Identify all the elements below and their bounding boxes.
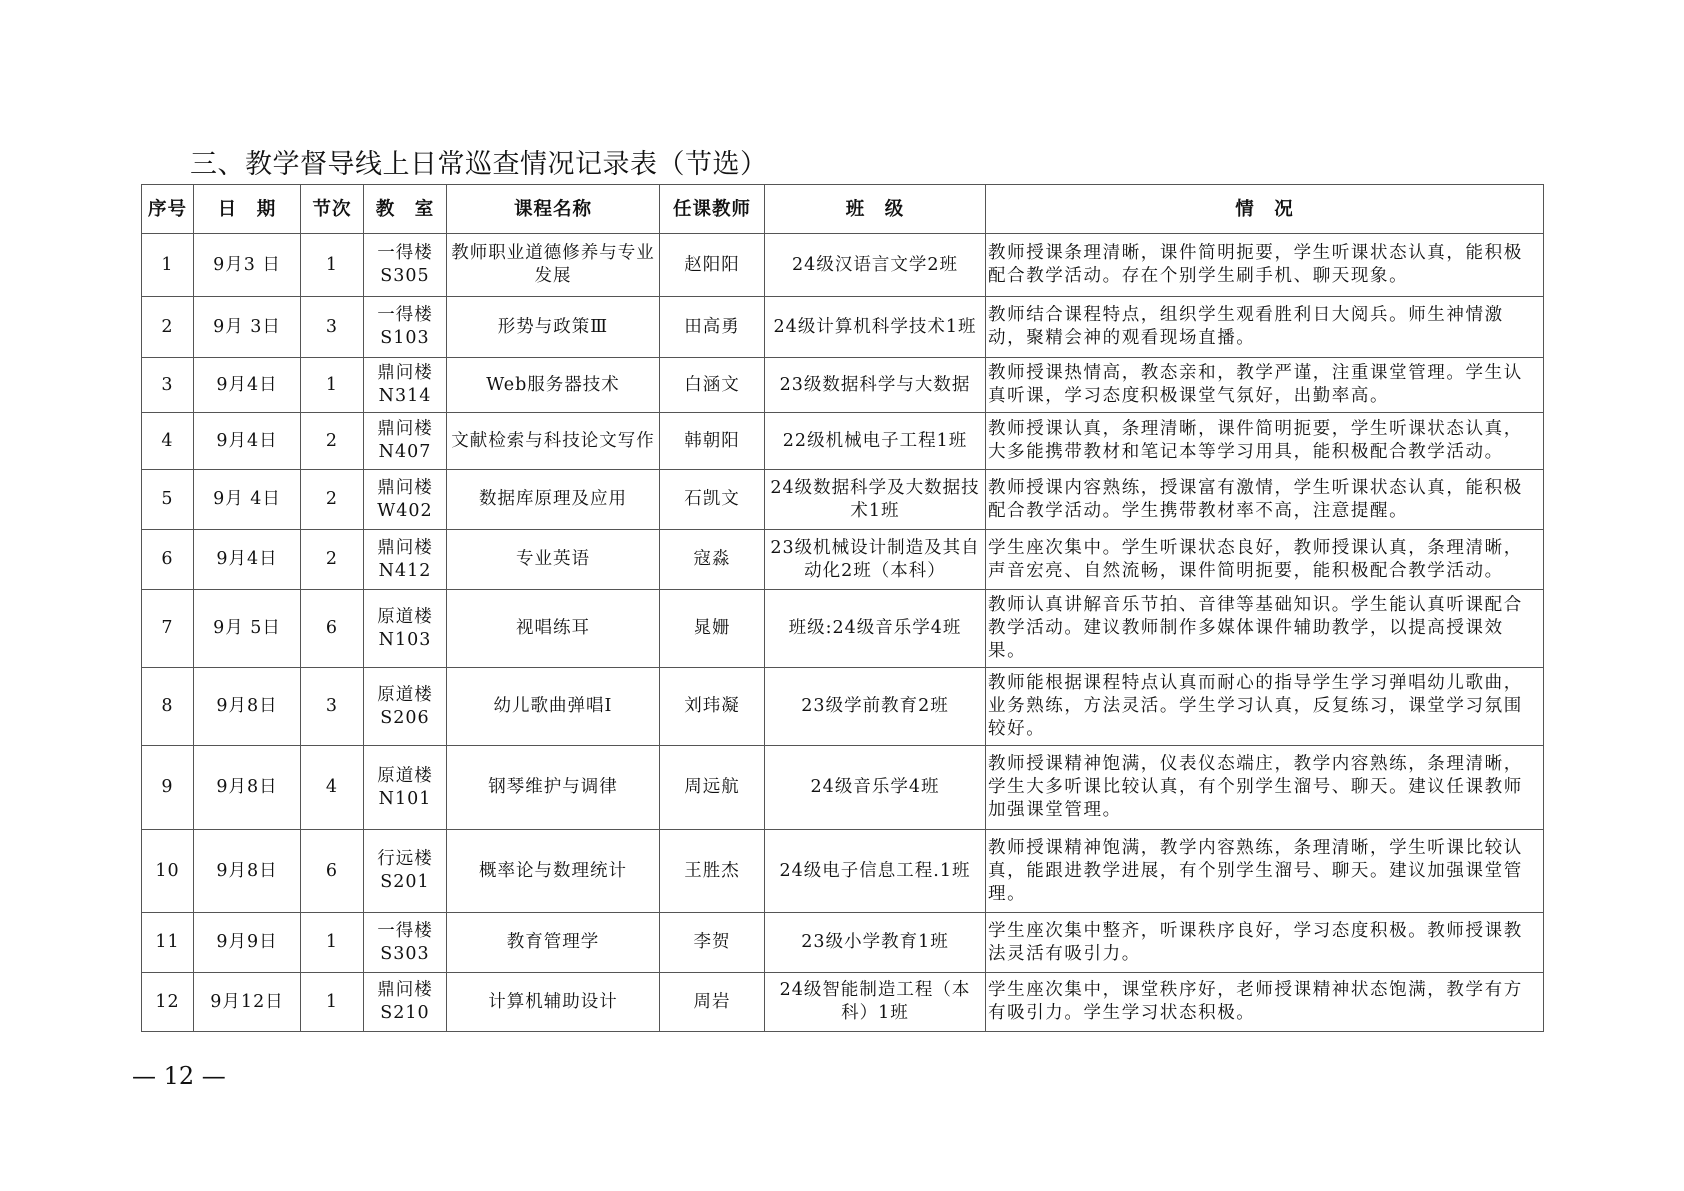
table-row: 49月4日2鼎问楼 N407文献检索与科技论文写作韩朝阳22级机械电子工程1班教… <box>142 413 1544 470</box>
room-cell: 鼎问楼 N314 <box>364 358 447 413</box>
table-row: 69月4日2鼎问楼 N412专业英语寇淼23级机械设计制造及其自动化2班（本科）… <box>142 530 1544 590</box>
row-number: 5 <box>142 470 194 530</box>
room-cell: 一得楼 S303 <box>364 913 447 973</box>
date-cell: 9月 4日 <box>194 470 301 530</box>
page-number: — 12 — <box>132 1062 226 1090</box>
teacher-cell: 王胜杰 <box>660 830 765 913</box>
date-cell: 9月8日 <box>194 830 301 913</box>
teacher-cell: 田高勇 <box>660 297 765 358</box>
course-cell: 概率论与数理统计 <box>447 830 660 913</box>
row-number: 1 <box>142 234 194 297</box>
period-cell: 3 <box>301 668 364 746</box>
description-cell: 学生座次集中。学生听课状态良好，教师授课认真，条理清晰，声音宏亮、自然流畅，课件… <box>986 530 1544 590</box>
description-cell: 教师授课内容熟练，授课富有激情，学生听课状态认真，能积极配合教学活动。学生携带教… <box>986 470 1544 530</box>
period-cell: 3 <box>301 297 364 358</box>
teacher-cell: 周岩 <box>660 973 765 1032</box>
table-row: 129月12日1鼎问楼 S210计算机辅助设计周岩24级智能制造工程（本科）1班… <box>142 973 1544 1032</box>
date-cell: 9月 5日 <box>194 590 301 668</box>
period-cell: 1 <box>301 973 364 1032</box>
table-row: 39月4日1鼎问楼 N314Web服务器技术白涵文23级数据科学与大数据教师授课… <box>142 358 1544 413</box>
date-cell: 9月9日 <box>194 913 301 973</box>
description-cell: 学生座次集中，课堂秩序好，老师授课精神状态饱满，教学有方有吸引力。学生学习状态积… <box>986 973 1544 1032</box>
period-cell: 2 <box>301 470 364 530</box>
room-cell: 原道楼 N101 <box>364 746 447 830</box>
course-cell: 教育管理学 <box>447 913 660 973</box>
period-cell: 4 <box>301 746 364 830</box>
class-cell: 24级汉语言文学2班 <box>765 234 986 297</box>
teacher-cell: 刘玮凝 <box>660 668 765 746</box>
course-cell: 教师职业道德修养与专业发展 <box>447 234 660 297</box>
table-row: 89月8日3原道楼 S206幼儿歌曲弹唱Ⅰ刘玮凝23级学前教育2班教师能根据课程… <box>142 668 1544 746</box>
room-cell: 鼎问楼 N407 <box>364 413 447 470</box>
header-course: 课程名称 <box>447 185 660 234</box>
document-title: 三、教学督导线上日常巡查情况记录表（节选） <box>190 142 768 181</box>
room-cell: 鼎问楼 N412 <box>364 530 447 590</box>
room-cell: 一得楼 S305 <box>364 234 447 297</box>
date-cell: 9月4日 <box>194 530 301 590</box>
teacher-cell: 韩朝阳 <box>660 413 765 470</box>
description-cell: 教师能根据课程特点认真而耐心的指导学生学习弹唱幼儿歌曲，业务熟练，方法灵活。学生… <box>986 668 1544 746</box>
header-room: 教 室 <box>364 185 447 234</box>
date-cell: 9月3 日 <box>194 234 301 297</box>
description-cell: 教师授课热情高，教态亲和，教学严谨，注重课堂管理。学生认真听课，学习态度积极课堂… <box>986 358 1544 413</box>
date-cell: 9月4日 <box>194 358 301 413</box>
row-number: 10 <box>142 830 194 913</box>
description-cell: 学生座次集中整齐，听课秩序良好，学习态度积极。教师授课教法灵活有吸引力。 <box>986 913 1544 973</box>
header-date: 日 期 <box>194 185 301 234</box>
period-cell: 1 <box>301 913 364 973</box>
class-cell: 24级智能制造工程（本科）1班 <box>765 973 986 1032</box>
course-cell: 视唱练耳 <box>447 590 660 668</box>
header-no: 序号 <box>142 185 194 234</box>
course-cell: 计算机辅助设计 <box>447 973 660 1032</box>
table-row: 119月9日1一得楼 S303教育管理学李贺23级小学教育1班学生座次集中整齐，… <box>142 913 1544 973</box>
room-cell: 原道楼 S206 <box>364 668 447 746</box>
class-cell: 24级电子信息工程.1班 <box>765 830 986 913</box>
class-cell: 22级机械电子工程1班 <box>765 413 986 470</box>
date-cell: 9月12日 <box>194 973 301 1032</box>
course-cell: 文献检索与科技论文写作 <box>447 413 660 470</box>
class-cell: 24级数据科学及大数据技术1班 <box>765 470 986 530</box>
header-period: 节次 <box>301 185 364 234</box>
class-cell: 24级计算机科学技术1班 <box>765 297 986 358</box>
date-cell: 9月8日 <box>194 746 301 830</box>
course-cell: 形势与政策Ⅲ <box>447 297 660 358</box>
teacher-cell: 赵阳阳 <box>660 234 765 297</box>
description-cell: 教师授课认真，条理清晰，课件简明扼要，学生听课状态认真，大多能携带教材和笔记本等… <box>986 413 1544 470</box>
room-cell: 行远楼 S201 <box>364 830 447 913</box>
class-cell: 23级机械设计制造及其自动化2班（本科） <box>765 530 986 590</box>
description-cell: 教师认真讲解音乐节拍、音律等基础知识。学生能认真听课配合教学活动。建议教师制作多… <box>986 590 1544 668</box>
teacher-cell: 晁姗 <box>660 590 765 668</box>
period-cell: 2 <box>301 413 364 470</box>
class-cell: 班级:24级音乐学4班 <box>765 590 986 668</box>
period-cell: 6 <box>301 830 364 913</box>
room-cell: 鼎问楼 S210 <box>364 973 447 1032</box>
period-cell: 6 <box>301 590 364 668</box>
room-cell: 鼎问楼 W402 <box>364 470 447 530</box>
row-number: 3 <box>142 358 194 413</box>
table-row: 109月8日6行远楼 S201概率论与数理统计王胜杰24级电子信息工程.1班教师… <box>142 830 1544 913</box>
table-row: 99月8日4原道楼 N101钢琴维护与调律周远航24级音乐学4班教师授课精神饱满… <box>142 746 1544 830</box>
row-number: 4 <box>142 413 194 470</box>
date-cell: 9月4日 <box>194 413 301 470</box>
teacher-cell: 白涵文 <box>660 358 765 413</box>
row-number: 6 <box>142 530 194 590</box>
teacher-cell: 李贺 <box>660 913 765 973</box>
course-cell: 数据库原理及应用 <box>447 470 660 530</box>
table-row: 19月3 日1一得楼 S305教师职业道德修养与专业发展赵阳阳24级汉语言文学2… <box>142 234 1544 297</box>
room-cell: 原道楼 N103 <box>364 590 447 668</box>
teacher-cell: 寇淼 <box>660 530 765 590</box>
row-number: 7 <box>142 590 194 668</box>
header-row: 序号 日 期 节次 教 室 课程名称 任课教师 班 级 情 况 <box>142 185 1544 234</box>
inspection-record-table: 序号 日 期 节次 教 室 课程名称 任课教师 班 级 情 况 19月3 日1一… <box>141 184 1544 1032</box>
table-row: 29月 3日3一得楼 S103形势与政策Ⅲ田高勇24级计算机科学技术1班教师结合… <box>142 297 1544 358</box>
description-cell: 教师结合课程特点，组织学生观看胜利日大阅兵。师生神情激动，聚精会神的观看现场直播… <box>986 297 1544 358</box>
date-cell: 9月8日 <box>194 668 301 746</box>
period-cell: 2 <box>301 530 364 590</box>
course-cell: 钢琴维护与调律 <box>447 746 660 830</box>
header-description: 情 况 <box>986 185 1544 234</box>
row-number: 9 <box>142 746 194 830</box>
row-number: 8 <box>142 668 194 746</box>
header-class: 班 级 <box>765 185 986 234</box>
course-cell: Web服务器技术 <box>447 358 660 413</box>
description-cell: 教师授课精神饱满，仪表仪态端庄，教学内容熟练，条理清晰，学生大多听课比较认真，有… <box>986 746 1544 830</box>
class-cell: 23级学前教育2班 <box>765 668 986 746</box>
period-cell: 1 <box>301 234 364 297</box>
row-number: 2 <box>142 297 194 358</box>
description-cell: 教师授课精神饱满，教学内容熟练，条理清晰，学生听课比较认真，能跟进教学进展，有个… <box>986 830 1544 913</box>
period-cell: 1 <box>301 358 364 413</box>
class-cell: 23级数据科学与大数据 <box>765 358 986 413</box>
date-cell: 9月 3日 <box>194 297 301 358</box>
row-number: 11 <box>142 913 194 973</box>
class-cell: 24级音乐学4班 <box>765 746 986 830</box>
table-row: 79月 5日6原道楼 N103视唱练耳晁姗班级:24级音乐学4班教师认真讲解音乐… <box>142 590 1544 668</box>
course-cell: 专业英语 <box>447 530 660 590</box>
row-number: 12 <box>142 973 194 1032</box>
teacher-cell: 石凯文 <box>660 470 765 530</box>
course-cell: 幼儿歌曲弹唱Ⅰ <box>447 668 660 746</box>
teacher-cell: 周远航 <box>660 746 765 830</box>
room-cell: 一得楼 S103 <box>364 297 447 358</box>
table-row: 59月 4日2鼎问楼 W402数据库原理及应用石凯文24级数据科学及大数据技术1… <box>142 470 1544 530</box>
header-teacher: 任课教师 <box>660 185 765 234</box>
description-cell: 教师授课条理清晰，课件简明扼要，学生听课状态认真，能积极配合教学活动。存在个别学… <box>986 234 1544 297</box>
class-cell: 23级小学教育1班 <box>765 913 986 973</box>
